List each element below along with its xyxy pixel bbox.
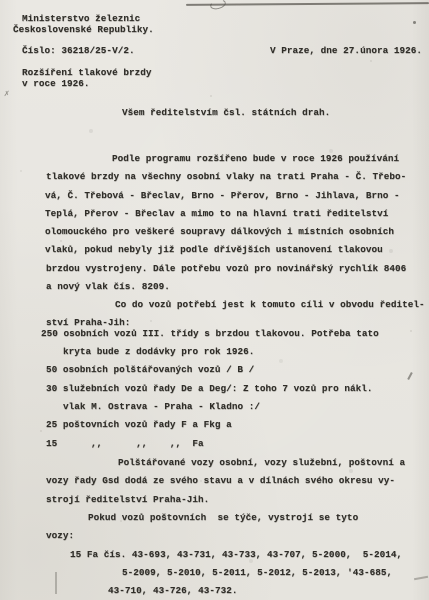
wagon-numbers-line-1: 15 Fa čís. 43-693, 43-731, 43-733, 43-70… [70, 549, 402, 560]
list-item-50-cars: 50 osobních polštářovaných vozů / B / [46, 364, 254, 375]
subject-line-1: Rozšíření tlakové brzdy [22, 67, 151, 78]
scan-artifact-stroke [407, 372, 413, 380]
salutation-line: Všem ředitelstvím čsl. státních drah. [122, 107, 330, 118]
place-date-line: V Praze, dne 27.února 1926. [270, 45, 422, 56]
letterhead-org-line-1: Ministerstvo železnic [22, 13, 140, 24]
pencil-mark-icon: ✗ [4, 89, 11, 96]
list-item-30-cars: 30 služebních vozů řady De a Deg/: Z toh… [46, 383, 372, 394]
scan-noise-specks [0, 0, 2, 2]
scan-artifact-squiggle [209, 0, 227, 11]
body-line: tlakové brzdy na všechny osobní vlaky na… [46, 171, 406, 182]
scan-artifact-dash [414, 576, 428, 580]
body-line: vá, Č. Třebová - Břeclav, Brno - Přerov,… [45, 190, 400, 201]
scan-artifact-top-line [186, 2, 429, 6]
body-line: Teplá, Přerov - Břeclav a mimo to na hla… [45, 208, 388, 219]
body-line: Polštářované vozy osobní, vozy služební,… [118, 457, 405, 468]
wagon-numbers-line-2: 5-2009, 5-2010, 5-2011, 5-2012, 5-2013, … [122, 567, 392, 578]
body-line: vozy: [46, 530, 74, 541]
scan-artifact-vertical-tick [55, 572, 57, 594]
body-line: Podle programu rozšířeno bude v roce 192… [112, 153, 399, 164]
body-line: olomouckého pro veškeré soupravy dálkový… [45, 226, 394, 237]
wagon-numbers-line-3: 43-710, 43-726, 43-732. [108, 585, 237, 596]
scan-artifact-dot [413, 21, 416, 24]
body-line: brzdou vystrojeny. Dále potřebu vozů pro… [46, 263, 406, 274]
body-line: ství Praha-Jih: [46, 317, 130, 328]
body-line: vozy řady Gsd dodá ze svého stavu a v dí… [46, 475, 395, 486]
body-line: Pokud vozů poštovních se týče, vystrojí … [88, 512, 358, 523]
list-item-250-cars: 250 osobních vozů III. třídy s brzdou tl… [41, 328, 379, 339]
list-item-15-cars: 15 ,, ,, ,, Fa [46, 438, 204, 449]
body-line: Co do vozů potřebí jest k tomuto cíli v … [115, 299, 425, 310]
body-line: a nový vlak čís. 8209. [46, 281, 170, 292]
list-item-continuation: kryta bude z dodávky pro rok 1926. [63, 346, 254, 357]
letterhead-org-line-2: Československé Republiky. [13, 24, 154, 35]
body-line: strojí ředitelství Praha-Jih. [46, 494, 209, 505]
list-item-continuation: vlak M. Ostrava - Praha - Kladno :/ [63, 401, 260, 412]
scanned-letter-page: ✗ Ministerstvo železnicČeskoslovenské Re… [0, 0, 429, 600]
list-item-25-cars: 25 poštovních vozů řady F a Fkg a [46, 419, 232, 430]
body-line: vlaků, pokud nebyly již podle dřívějších… [45, 244, 383, 255]
reference-number: Číslo: 36218/25-V/2. [22, 45, 135, 56]
subject-line-2: v roce 1926. [22, 78, 90, 89]
